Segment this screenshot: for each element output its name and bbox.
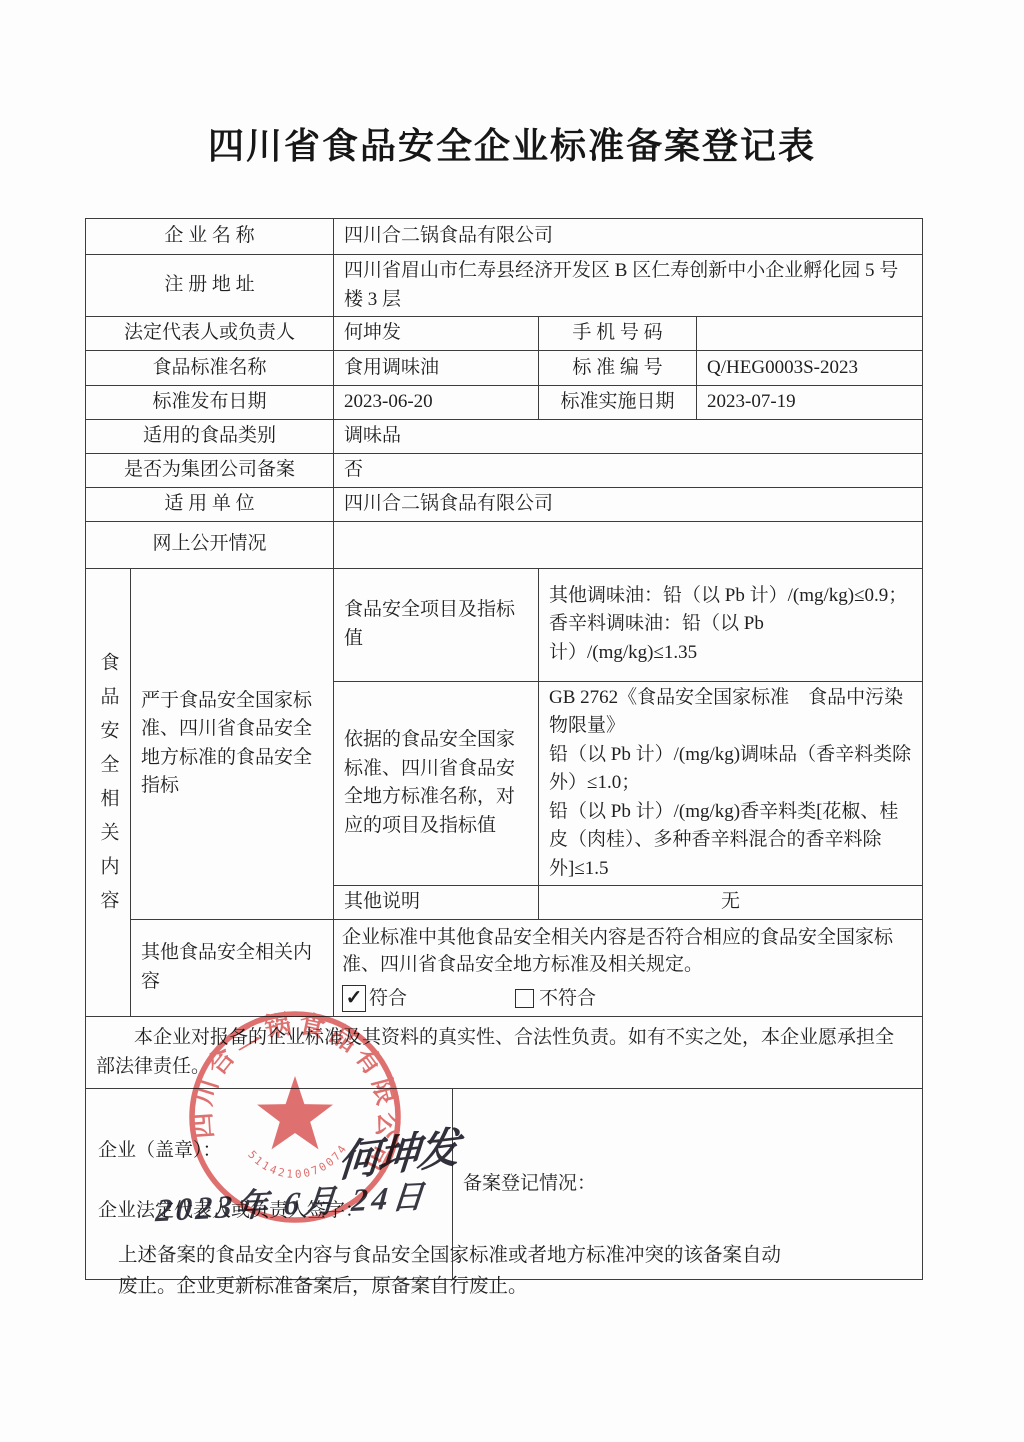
safety-item-label: 食品安全项目及指标值 — [334, 568, 539, 681]
registered-address-label: 注 册 地 址 — [86, 255, 334, 317]
publish-date-label: 标准发布日期 — [86, 386, 334, 420]
table-row: 企 业 名 称 四川合二锅食品有限公司 — [86, 219, 923, 255]
mobile-label: 手 机 号 码 — [539, 317, 697, 351]
applicable-unit-label: 适 用 单 位 — [86, 487, 334, 521]
other-related-label: 其他食品安全相关内容 — [131, 919, 334, 1017]
legal-rep-value: 何坤发 — [334, 317, 539, 351]
applicable-unit-value: 四川合二锅食品有限公司 — [334, 487, 923, 521]
registration-status-label: 备案登记情况： — [463, 1173, 596, 1194]
mobile-value — [697, 317, 923, 351]
company-seal-stamp: 四川合二锅食品有限公司 5114210070074 — [184, 1004, 406, 1230]
safety-item-value: 其他调味油：铅（以 Pb 计）/(mg/kg)≤0.9； 香辛料调味油：铅（以 … — [539, 568, 923, 681]
other-note-label: 其他说明 — [334, 886, 539, 920]
other-related-cell: 企业标准中其他食品安全相关内容是否符合相应的食品安全国家标准、四川省食品安全地方… — [334, 919, 923, 1017]
other-related-text: 企业标准中其他食品安全相关内容是否符合相应的食品安全国家标准、四川省食品安全地方… — [342, 924, 914, 979]
not-conform-label: 不符合 — [539, 985, 596, 1013]
table-row: 适用的食品类别 调味品 — [86, 420, 923, 454]
table-row: 食品标准名称 食用调味油 标 准 编 号 Q/HEG0003S-2023 — [86, 351, 923, 386]
svg-text:5114210070074: 5114210070074 — [245, 1141, 350, 1181]
food-category-label: 适用的食品类别 — [86, 420, 334, 454]
safety-section-side-label: 食品安全相关内容 — [86, 568, 131, 1017]
safety-basis-value: GB 2762《食品安全国家标准 食品中污染物限量》 铅（以 Pb 计）/(mg… — [539, 681, 923, 886]
registered-address-value: 四川省眉山市仁寿县经济开发区 B 区仁寿创新中小企业孵化园 5 号楼 3 层 — [334, 255, 923, 317]
standard-number-value: Q/HEG0003S-2023 — [697, 351, 923, 386]
seal-star-icon — [257, 1076, 333, 1149]
seal-number: 5114210070074 — [245, 1141, 350, 1181]
table-row: 食品安全相关内容 严于食品安全国家标准、四川省食品安全地方标准的食品安全指标 食… — [86, 568, 923, 681]
legal-rep-label: 法定代表人或负责人 — [86, 317, 334, 351]
group-filing-label: 是否为集团公司备案 — [86, 454, 334, 488]
table-row: 是否为集团公司备案 否 — [86, 454, 923, 488]
page-title: 四川省食品安全企业标准备案登记表 — [0, 118, 1024, 169]
table-row: 注 册 地 址 四川省眉山市仁寿县经济开发区 B 区仁寿创新中小企业孵化园 5 … — [86, 255, 923, 317]
conformity-checkbox-row: ✓ 符合 不符合 — [342, 985, 914, 1013]
food-category-value: 调味品 — [334, 420, 923, 454]
company-name-label: 企 业 名 称 — [86, 219, 334, 255]
company-name-value: 四川合二锅食品有限公司 — [334, 219, 923, 255]
group-filing-value: 否 — [334, 454, 923, 488]
strict-indicator-label: 严于食品安全国家标准、四川省食品安全地方标准的食品安全指标 — [131, 568, 334, 919]
online-publicity-value — [334, 521, 923, 568]
other-note-value: 无 — [539, 886, 923, 920]
standard-number-label: 标 准 编 号 — [539, 351, 697, 386]
safety-basis-label: 依据的食品安全国家标准、四川省食品安全地方标准名称，对应的项目及指标值 — [334, 681, 539, 886]
not-conform-checkbox — [515, 989, 534, 1008]
publish-date-value: 2023-06-20 — [334, 386, 539, 420]
table-row: 标准发布日期 2023-06-20 标准实施日期 2023-07-19 — [86, 386, 923, 420]
footnote-text: 上述备案的食品安全内容与食品安全国家标准或者地方标准冲突的该备案自动废止。企业更… — [118, 1240, 786, 1302]
standard-name-label: 食品标准名称 — [86, 351, 334, 386]
implement-date-value: 2023-07-19 — [697, 386, 923, 420]
table-row: 网上公开情况 — [86, 521, 923, 568]
scanned-document-page: 四川省食品安全企业标准备案登记表 企 业 名 称 四川合二锅食品有限公司 注 册… — [0, 0, 1024, 1442]
table-row: 其他食品安全相关内容 企业标准中其他食品安全相关内容是否符合相应的食品安全国家标… — [86, 919, 923, 1017]
standard-name-value: 食用调味油 — [334, 351, 539, 386]
table-row: 适 用 单 位 四川合二锅食品有限公司 — [86, 487, 923, 521]
implement-date-label: 标准实施日期 — [539, 386, 697, 420]
online-publicity-label: 网上公开情况 — [86, 521, 334, 568]
table-row: 法定代表人或负责人 何坤发 手 机 号 码 — [86, 317, 923, 351]
